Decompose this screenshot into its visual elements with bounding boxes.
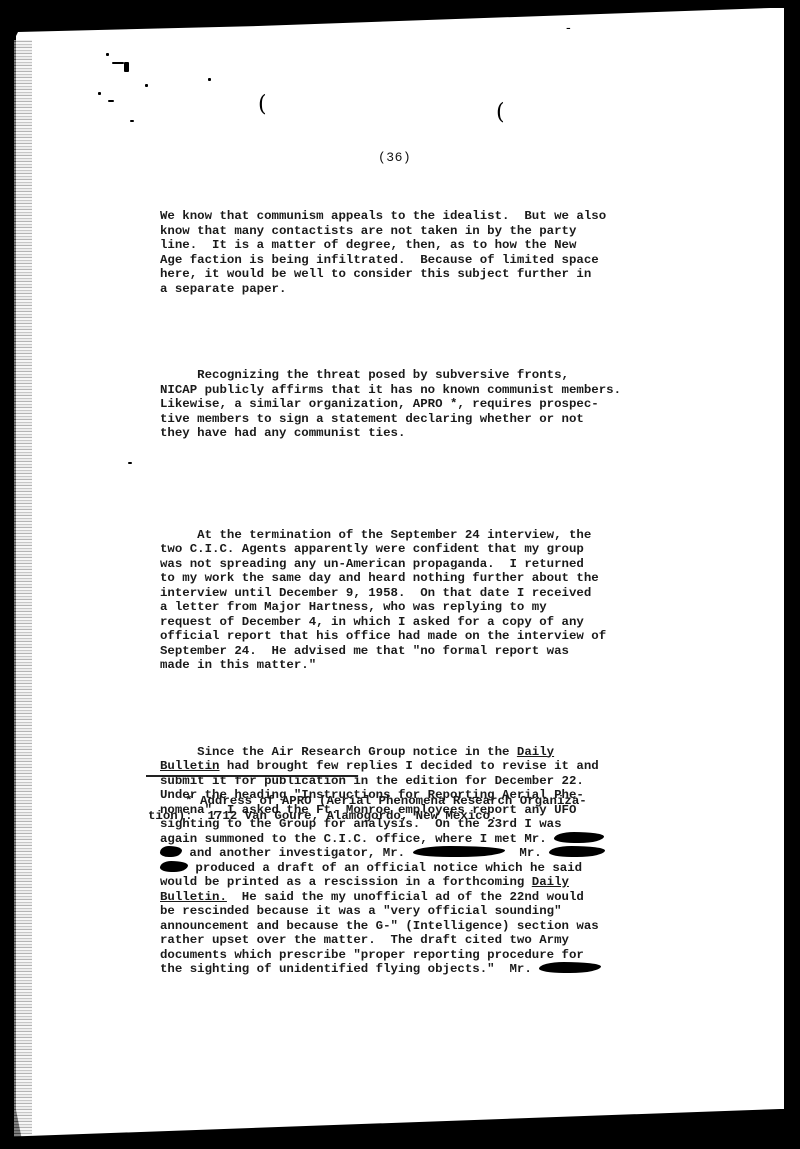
underlined-text: Daily bbox=[517, 745, 554, 759]
redaction-mark bbox=[413, 846, 505, 857]
redaction-mark bbox=[160, 846, 182, 857]
text-segment: had brought few replies I decided to rev… bbox=[220, 759, 599, 773]
text-line: September 24. He advised me that "no for… bbox=[160, 644, 600, 659]
paragraph-2: Recognizing the threat posed by subversi… bbox=[160, 368, 600, 441]
speck bbox=[98, 92, 101, 95]
text-line: here, it would be well to consider this … bbox=[160, 267, 600, 282]
text-line: NICAP publicly affirms that it has no kn… bbox=[160, 383, 600, 398]
underlined-text: Bulletin bbox=[160, 759, 220, 773]
text-line: made in this matter." bbox=[160, 658, 600, 673]
speck bbox=[145, 84, 148, 87]
text-segment: documents which prescribe "proper report… bbox=[160, 948, 584, 962]
text-line: and another investigator, Mr. Mr. bbox=[160, 846, 600, 861]
text-line: Bulletin had brought few replies I decid… bbox=[160, 759, 600, 774]
paragraph-4: Since the Air Research Group notice in t… bbox=[160, 745, 600, 977]
underlined-text: Bulletin. bbox=[160, 890, 227, 904]
text-line: know that many contactists are not taken… bbox=[160, 224, 600, 239]
text-segment: rather upset over the matter. The draft … bbox=[160, 933, 569, 947]
text-line: documents which prescribe "proper report… bbox=[160, 948, 600, 963]
text-segment: produced a draft of an official notice w… bbox=[188, 861, 582, 875]
paragraph-1: We know that communism appeals to the id… bbox=[160, 209, 600, 296]
text-line: tive members to sign a statement declari… bbox=[160, 412, 600, 427]
text-line: request of December 4, in which I asked … bbox=[160, 615, 600, 630]
text-line: to my work the same day and heard nothin… bbox=[160, 571, 600, 586]
speck bbox=[128, 462, 132, 464]
text-segment: and another investigator, Mr. bbox=[182, 846, 413, 860]
text-line: line. It is a matter of degree, then, as… bbox=[160, 238, 600, 253]
redaction-mark bbox=[160, 861, 188, 872]
text-segment: Mr. bbox=[505, 846, 550, 860]
text-line: Likewise, a similar organization, APRO *… bbox=[160, 397, 600, 412]
speck bbox=[208, 78, 211, 81]
text-line: the sighting of unidentified flying obje… bbox=[160, 962, 600, 977]
stray-mark: - bbox=[566, 20, 571, 36]
speck bbox=[108, 100, 114, 102]
text-segment: be rescinded because it was a "very offi… bbox=[160, 904, 562, 918]
text-line: was not spreading any un-American propag… bbox=[160, 557, 600, 572]
text-line: We know that communism appeals to the id… bbox=[160, 209, 600, 224]
scan-border-right bbox=[784, 0, 800, 1149]
text-line: At the termination of the September 24 i… bbox=[160, 528, 600, 543]
text-segment: announcement and because the G-" (Intell… bbox=[160, 919, 599, 933]
text-line: Bulletin. He said the my unofficial ad o… bbox=[160, 890, 600, 905]
text-line: official report that his office had made… bbox=[160, 629, 600, 644]
scan-edge-noise bbox=[14, 40, 32, 1140]
speck bbox=[106, 53, 109, 56]
footnote-divider bbox=[146, 775, 358, 777]
text-line: again summoned to the C.I.C. office, whe… bbox=[160, 832, 600, 847]
text-segment: again summoned to the C.I.C. office, whe… bbox=[160, 832, 554, 846]
text-line: Recognizing the threat posed by subversi… bbox=[160, 368, 600, 383]
footnote: * Address of APRO (Aerial Phenomena Rese… bbox=[148, 794, 608, 823]
text-line: produced a draft of an official notice w… bbox=[160, 861, 600, 876]
text-line: a separate paper. bbox=[160, 282, 600, 297]
document-body: We know that communism appeals to the id… bbox=[160, 180, 600, 991]
text-line: interview until December 9, 1958. On tha… bbox=[160, 586, 600, 601]
text-segment: would be printed as a rescission in a fo… bbox=[160, 875, 532, 889]
text-segment: He said the my unofficial ad of the 22nd… bbox=[227, 890, 584, 904]
underlined-text: Daily bbox=[532, 875, 569, 889]
text-line: be rescinded because it was a "very offi… bbox=[160, 904, 600, 919]
text-line: they have had any communist ties. bbox=[160, 426, 600, 441]
footnote-line: tion): 1712 Van Goure, Alamogordo, New M… bbox=[148, 809, 608, 824]
hole-punch-mark-left: ( bbox=[258, 92, 267, 117]
speck bbox=[130, 120, 134, 122]
speck bbox=[124, 62, 129, 72]
text-line: rather upset over the matter. The draft … bbox=[160, 933, 600, 948]
speck bbox=[112, 62, 124, 64]
text-line: Since the Air Research Group notice in t… bbox=[160, 745, 600, 760]
footnote-line: * Address of APRO (Aerial Phenomena Rese… bbox=[148, 794, 608, 809]
text-segment: the sighting of unidentified flying obje… bbox=[160, 962, 539, 976]
redaction-mark bbox=[539, 962, 601, 973]
text-line: Age faction is being infiltrated. Becaus… bbox=[160, 253, 600, 268]
page-number: (36) bbox=[378, 150, 411, 165]
hole-punch-mark-right: ( bbox=[496, 100, 505, 125]
text-line: announcement and because the G-" (Intell… bbox=[160, 919, 600, 934]
text-line: a letter from Major Hartness, who was re… bbox=[160, 600, 600, 615]
paragraph-3: At the termination of the September 24 i… bbox=[160, 528, 600, 673]
redaction-mark bbox=[549, 846, 605, 857]
text-segment: Since the Air Research Group notice in t… bbox=[160, 745, 517, 759]
text-line: would be printed as a rescission in a fo… bbox=[160, 875, 600, 890]
text-line: two C.I.C. Agents apparently were confid… bbox=[160, 542, 600, 557]
redaction-mark bbox=[554, 832, 604, 843]
